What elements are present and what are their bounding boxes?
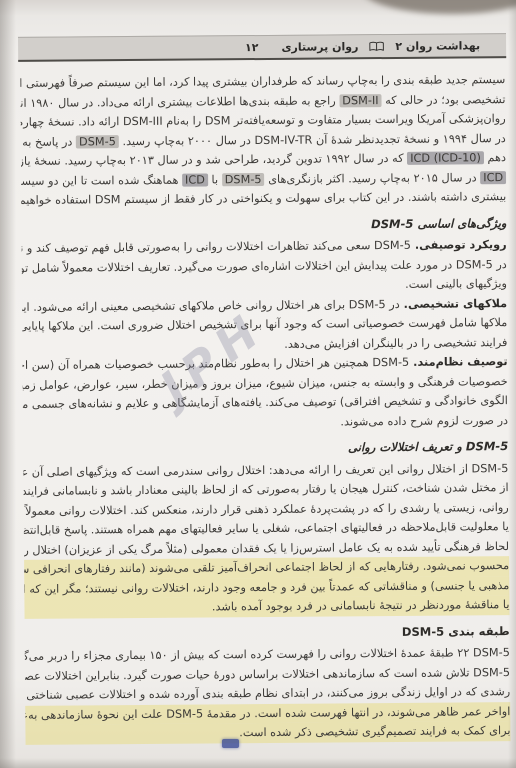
text-run: یا معلولیت قابل‌ملاحظه در فعالیتهای اجتم… [24, 520, 509, 537]
highlighted-term: ICD [480, 171, 506, 184]
text-run: روانی، زیستی یا رشدی را که در پشت‌پردهٔ … [24, 501, 509, 518]
scanned-book-page: بهداشت روان ۲ روان پرستاری ۱۲ سیستم جدید… [0, 0, 516, 768]
text-run: ملاکهای تشخیصی. [400, 297, 508, 311]
text-run: اواخر عمر ظاهر می‌شوند، در انتها فهرست ش… [25, 705, 510, 722]
text-run: لحاظ فرهنگی تأیید شده به یک عامل استرس‌ز… [24, 540, 509, 557]
paragraph: DSM-5 ۲۲ طبقهٔ عمدهٔ اختلالات روانی را ف… [25, 643, 511, 744]
highlighted-term: DSM-II [339, 94, 381, 107]
text-line: یا مناقشهٔ موردنظر در نتیجهٔ نابسامانی د… [24, 595, 509, 618]
page-left-edge-shadow [0, 0, 16, 768]
text-run: در DSM-5 برای هر اختلال روانی خاص ملاکها… [22, 297, 400, 313]
highlighted-term: DSM-5 [222, 172, 265, 185]
text-run: راجع به طبقه بندی‌ها اطلاعات بیشتری ارائ… [20, 94, 339, 110]
text-run: در سال ۲۰۱۵ به‌چاپ رسید. اکثر بازنگری‌ها… [265, 171, 481, 186]
text-run: توصیف نظام‌مند. [409, 355, 507, 369]
text-run: ۲۲ طبقهٔ عمدهٔ اختلالات روانی را فهرست ک… [25, 646, 473, 663]
section-heading: ویژگی‌های اساسی DSM-5 [21, 214, 506, 237]
paragraph: توصیف نظام‌مند. DSM-5 همچنین هر اختلال ر… [23, 352, 509, 434]
text-line: بیشتری داشته باشند. در این کتاب برای سهو… [21, 187, 506, 210]
text-run: که در سال ۱۹۹۲ تدوین گردید، طراحی شد و د… [21, 152, 407, 168]
book-icon [369, 41, 384, 52]
text-run: محسوب نمی‌شود. رفتارهایی که از لحاظ اجتم… [24, 559, 509, 576]
section-heading: طبقه بندی DSM-5 [25, 622, 510, 645]
chapter-title: بهداشت روان ۲ [395, 39, 480, 53]
page-header-band: بهداشت روان ۲ روان پرستاری ۱۲ [18, 33, 506, 62]
text-run: DSM-5 تلاش شده است که سازماندهی اختلالات… [25, 666, 510, 683]
page-right-edge-shadow [508, 0, 516, 768]
text-run: در سال ۱۹۹۴ و نسخهٔ تجدیدنظر شدهٔ آن DSM… [119, 132, 506, 148]
text-run: در صورت لزوم شرح داده می‌شوند. [340, 414, 508, 428]
paragraph: سیستم جدید طبقه بندی را به‌چاپ رساند که … [20, 70, 506, 210]
highlighted-term: DSM-5 [76, 135, 119, 148]
text-run: مذهبی یا جنسی) و مناقشاتی که عمدتاً بین … [24, 579, 509, 596]
page-corner-shadow [362, 0, 516, 14]
text-run: بیشتری داشته باشند. در این کتاب برای سهو… [21, 190, 506, 207]
text-run: DSM-5 همچنین هر اختلال را به‌طور نظام‌من… [23, 356, 410, 372]
text-run: برای کمک به فرایند تصمیم‌گیری تشخیصی ذکر… [239, 724, 510, 739]
text-run: DSM-5 از اختلال روانی این تعریف را ارائه… [23, 462, 508, 479]
highlighted-term: ICD (ICD-10) [407, 151, 484, 165]
text-run: یا مناقشهٔ موردنظر در نتیجهٔ نابسامانی د… [212, 598, 510, 613]
text-run: رویکرد توصیفی. [411, 238, 507, 252]
paragraph: DSM-5 از اختلال روانی این تعریف را ارائه… [23, 459, 509, 619]
text-line: برای کمک به فرایند تصمیم‌گیری تشخیصی ذکر… [25, 721, 510, 744]
text-run: الگوی خانوادگی و تشخیص افتراقی) توصیف می… [23, 394, 508, 411]
text-run: DSM-5 [473, 646, 510, 659]
page-content: بهداشت روان ۲ روان پرستاری ۱۲ سیستم جدید… [18, 33, 512, 744]
section-heading: DSM-5 و تعریف اختلالات روانی [23, 437, 508, 460]
text-run: روان‌پزشکی آمریکا ویراست بسیار متفاوت و … [21, 112, 506, 129]
text-run: در پاسخ به تجدیدنظر [21, 135, 76, 149]
paragraph: رویکرد توصیفی. DSM-5 سعی می‌کند تظاهرات … [22, 235, 507, 297]
text-run: سیستم جدید طبقه بندی را به‌چاپ رساند که … [20, 73, 505, 90]
text-run: دهم [484, 151, 506, 164]
text-run: DSM-5 سعی می‌کند تظاهرات اختلالات روانی … [22, 239, 411, 255]
page-body: سیستم جدید طبقه بندی را به‌چاپ رساند که … [18, 58, 511, 744]
text-run: فرایند تشخیصی را در بالینگران افزایش می‌… [284, 336, 507, 351]
book-title: روان پرستاری [281, 40, 358, 54]
text-run: خصوصیات فرهنگی و وابسته به جنس، میزان شی… [23, 375, 508, 392]
text-run: با [208, 173, 222, 186]
text-run: از مختل شدن شناخت، کنترل هیجان یا رفتار … [24, 481, 509, 498]
text-run: هماهنگ شده است تا این دو سیستم هماهنگی [21, 173, 182, 188]
text-run: تشخیصی بود؛ در حالی که [382, 93, 506, 107]
page-bottom-edge-shadow [0, 758, 516, 768]
text-run: ملاکها شامل فهرست خصوصیاتی است که وجود آ… [22, 316, 507, 333]
paragraph: ملاکهای تشخیصی. در DSM-5 برای هر اختلال … [22, 294, 507, 356]
highlighted-term: ICD [182, 173, 208, 186]
text-line: در صورت لزوم شرح داده می‌شوند. [23, 411, 508, 434]
text-run: ویژگیهای بالینی است. [405, 277, 507, 291]
page-number: ۱۲ [245, 41, 259, 54]
text-run: در DSM-5 در مورد علت پیدایش این اختلالات… [22, 258, 507, 275]
ink-mark [222, 739, 239, 748]
text-run: رشدی که در اوایل زندگی بروز می‌کنند، در … [25, 685, 510, 702]
